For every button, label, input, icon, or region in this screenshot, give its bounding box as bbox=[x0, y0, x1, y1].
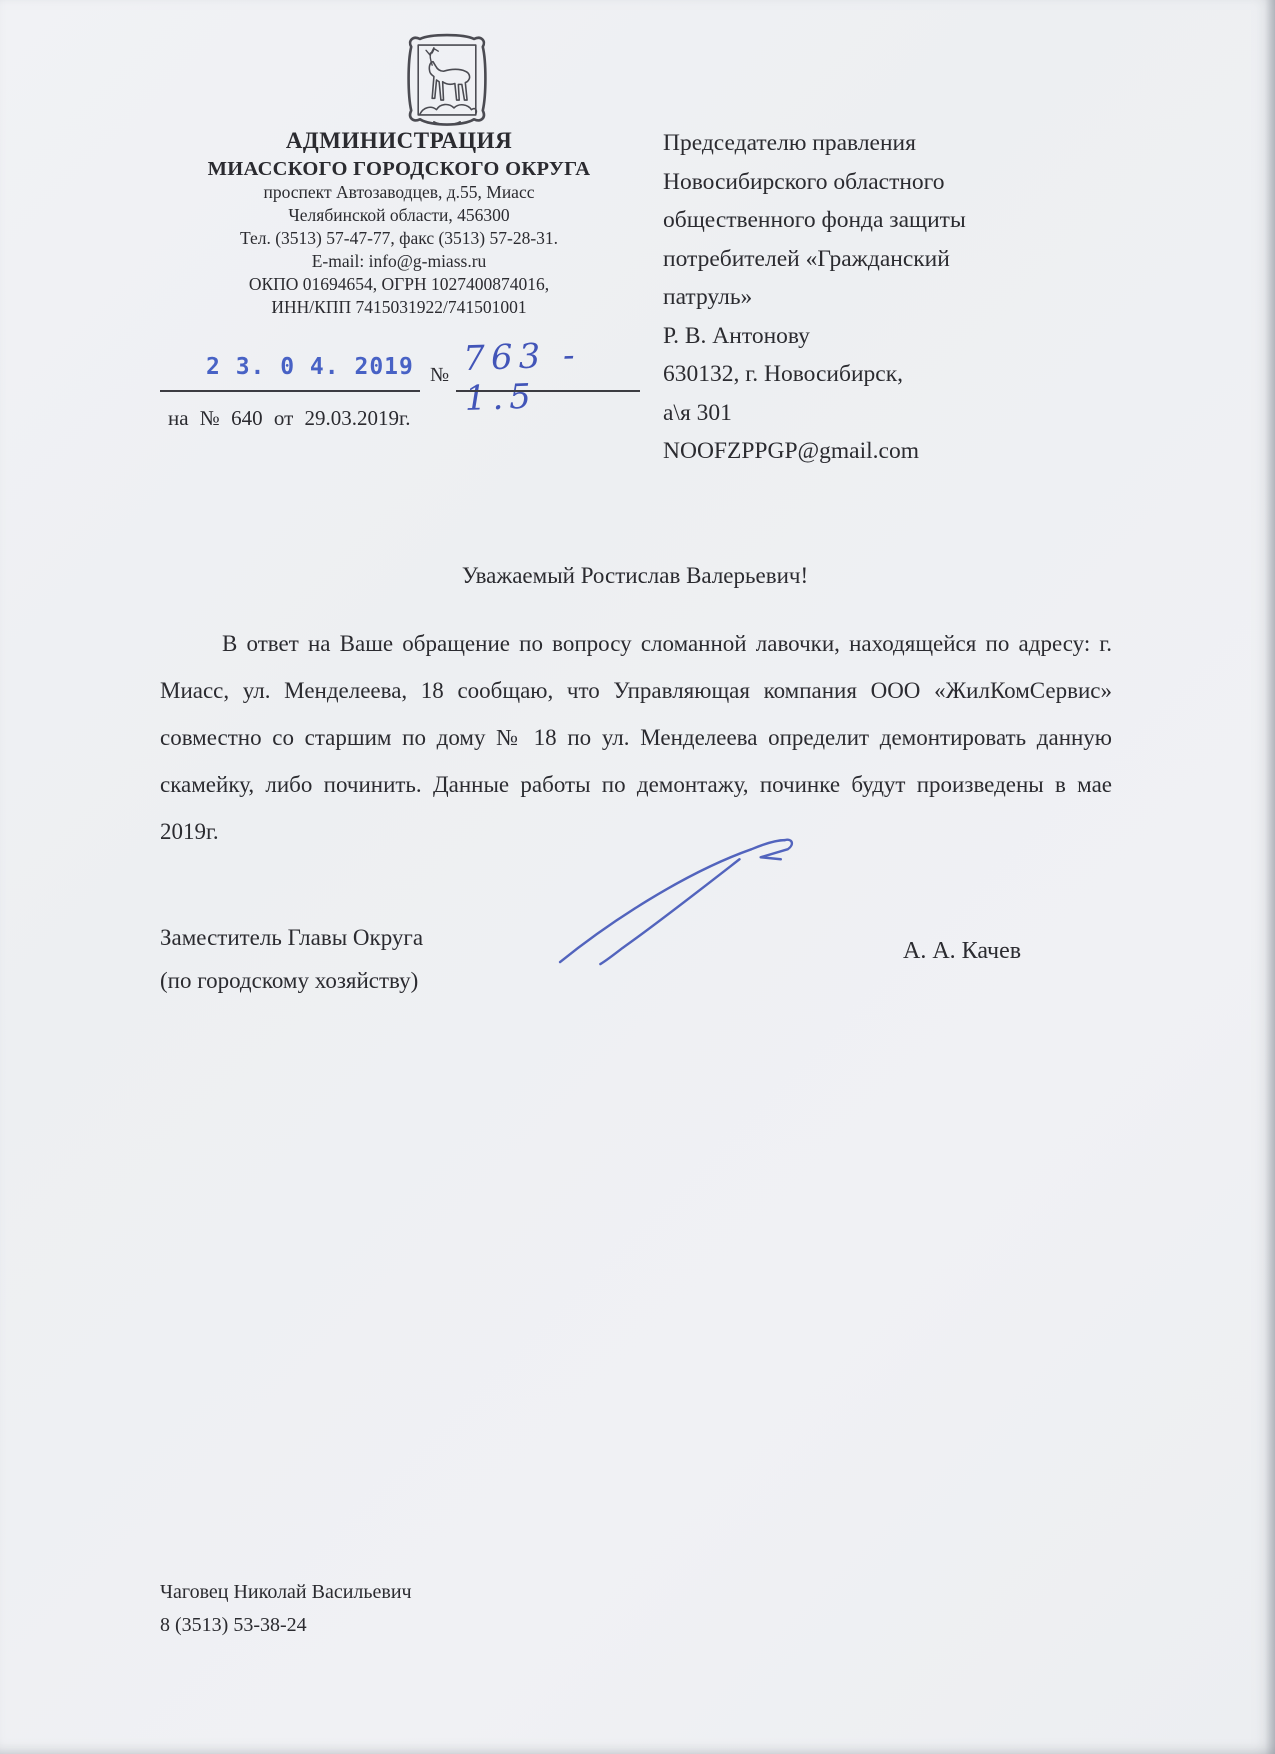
sender-inn-line: ИНН/КПП 7415031922/741501001 bbox=[158, 296, 640, 319]
executor-contact: Чаговец Николай Васильевич 8 (3513) 53-3… bbox=[160, 1576, 412, 1642]
sender-org-name-line1: АДМИНИСТРАЦИЯ bbox=[158, 128, 640, 154]
number-sign-label: № bbox=[430, 364, 449, 387]
sender-address-line2: Челябинской области, 456300 bbox=[158, 204, 640, 227]
signer-position-line1: Заместитель Главы Округа bbox=[160, 916, 423, 959]
handwritten-signature bbox=[552, 810, 804, 968]
sender-okpo-line: ОКПО 01694654, ОГРН 1027400874016, bbox=[158, 273, 640, 296]
number-underline bbox=[456, 390, 640, 392]
date-underline bbox=[160, 390, 420, 392]
signer-position-line2: (по городскому хозяйству) bbox=[160, 959, 423, 1002]
recipient-name: Р. В. Антонову bbox=[663, 317, 1123, 356]
recipient-line: патруль» bbox=[663, 278, 1123, 317]
miass-coat-of-arms-icon bbox=[406, 32, 488, 128]
signer-name: А. А. Качев bbox=[903, 938, 1021, 965]
executor-name: Чаговец Николай Васильевич bbox=[160, 1576, 412, 1609]
salutation: Уважаемый Ростислав Валерьевич! bbox=[160, 563, 1110, 589]
signer-position: Заместитель Главы Округа (по городскому … bbox=[160, 916, 423, 1002]
sender-address-line1: проспект Автозаводцев, д.55, Миасс bbox=[158, 181, 640, 204]
reference-row: 2 3. 0 4. 2019 № 763 - 1.5 bbox=[158, 348, 640, 408]
recipient-block: Председателю правления Новосибирского об… bbox=[663, 124, 1123, 471]
sender-email-line: E-mail: info@g-miass.ru bbox=[158, 250, 640, 273]
sender-phone-line: Тел. (3513) 57-47-77, факс (3513) 57-28-… bbox=[158, 227, 640, 250]
executor-phone: 8 (3513) 53-38-24 bbox=[160, 1609, 412, 1642]
recipient-line: Новосибирского областного bbox=[663, 163, 1123, 202]
sender-letterhead: АДМИНИСТРАЦИЯ МИАССКОГО ГОРОДСКОГО ОКРУГ… bbox=[158, 128, 640, 319]
scanned-letter-page: АДМИНИСТРАЦИЯ МИАССКОГО ГОРОДСКОГО ОКРУГ… bbox=[0, 0, 1275, 1754]
recipient-line: общественного фонда защиты bbox=[663, 201, 1123, 240]
sender-org-name-line2: МИАССКОГО ГОРОДСКОГО ОКРУГА bbox=[158, 158, 640, 181]
outgoing-number-handwritten: 763 - 1.5 bbox=[463, 333, 642, 419]
recipient-line: Председателю правления bbox=[663, 124, 1123, 163]
recipient-address-line: 630132, г. Новосибирск, bbox=[663, 355, 1123, 394]
date-stamp: 2 3. 0 4. 2019 bbox=[206, 354, 414, 380]
recipient-email: NOOFZPPGP@gmail.com bbox=[663, 432, 1123, 471]
recipient-line: потребителей «Гражданский bbox=[663, 240, 1123, 279]
reply-to-reference: на № 640 от 29.03.2019г. bbox=[168, 406, 411, 431]
recipient-po-box: а\я 301 bbox=[663, 394, 1123, 433]
